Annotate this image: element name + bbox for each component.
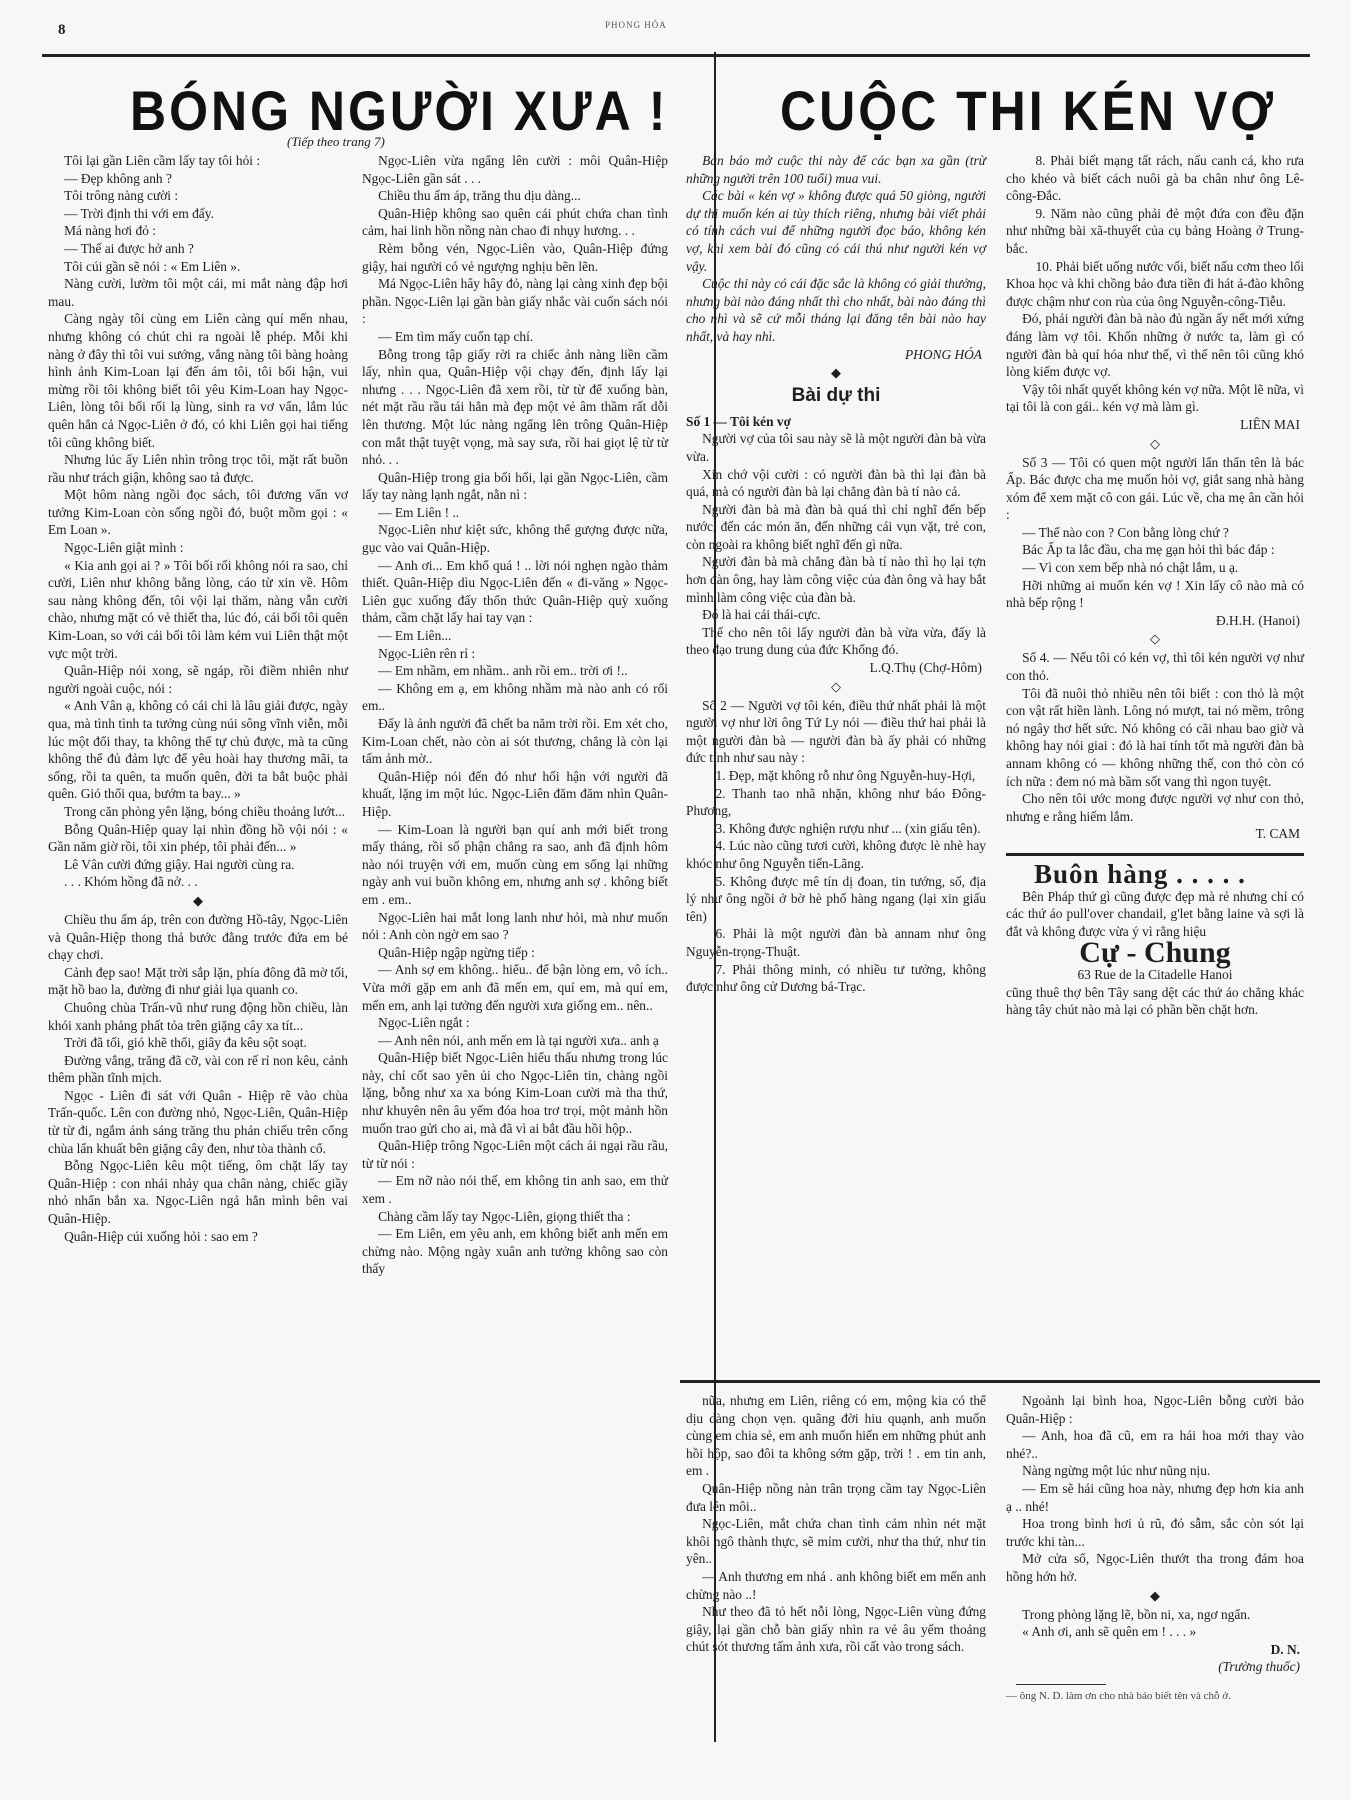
story-paragraph: — Em Liên, em yêu anh, em không biết anh… — [362, 1225, 668, 1278]
story-paragraph: — Anh ơi... Em khổ quá ! .. lời nói nghẹ… — [362, 557, 668, 627]
story-paragraph: Ngọc-Liên ngắt : — [362, 1014, 668, 1032]
entry2-item: 1. Đẹp, mặt không rỗ như ông Nguyễn-huy-… — [686, 767, 986, 785]
story-paragraph: Bỗng Ngọc-Liên kêu một tiếng, ôm chặt lấ… — [48, 1157, 348, 1227]
entry3-paragraph: Số 3 — Tôi có quen một người lẩn thẩn tê… — [1006, 454, 1304, 524]
story-paragraph: Tôi trông nàng cười : — [48, 187, 348, 205]
ad-title: Buôn hàng . . . . . — [1034, 866, 1304, 884]
entry2-item: 6. Phải là một người đàn bà annam như ôn… — [686, 925, 986, 960]
entry4-signature: T. CAM — [1006, 825, 1304, 843]
story-column-1: Tôi lại gần Liên cầm lấy tay tôi hỏi :— … — [48, 152, 348, 1245]
entry4-paragraph: Tôi đã nuôi thỏ nhiều nên tôi biết : con… — [1006, 685, 1304, 791]
entry4-paragraph: Cho nên tôi ước mong được người vợ như c… — [1006, 790, 1304, 825]
story-paragraph: « Kia anh gọi ai ? » Tôi bối rối không n… — [48, 557, 348, 663]
entry3-paragraph: Bác Ấp ta lắc đầu, cha mẹ gạn hỏi thì bá… — [1006, 541, 1304, 559]
story-paragraph: Ngọc-Liên rên rỉ : — [362, 645, 668, 663]
story-paragraph: Chàng cầm lấy tay Ngọc-Liên, giọng thiết… — [362, 1208, 668, 1226]
entry1-paragraph: Người đàn bà mà đàn bà quá thì chỉ nghĩ … — [686, 501, 986, 554]
top-rule — [42, 54, 1310, 57]
story-paragraph: Quân-Hiệp trông Ngọc-Liên một cách ái ng… — [362, 1137, 668, 1172]
story-paragraph: Đường vắng, trăng đã cỡ, vài con rế rỉ n… — [48, 1052, 348, 1087]
entries-section-title: Bài dự thi — [686, 387, 986, 405]
story-paragraph: « Anh Vân ạ, không có cái chi là lâu giả… — [48, 697, 348, 803]
entry1-paragraph: Thế cho nên tôi lấy người đàn bà vừa vừa… — [686, 624, 986, 659]
story-paragraph: Quân-Hiệp cúi xuống hỏi : sao em ? — [48, 1228, 348, 1246]
story-paragraph: Má nàng hơi đỏ : — [48, 222, 348, 240]
entry2-item: 8. Phải biết mạng tất rách, nấu canh cá,… — [1006, 152, 1304, 205]
story-continued: (Tiếp theo trang 7) — [287, 134, 385, 150]
story-paragraph: Ngọc - Liên đi sát với Quân - Hiệp rẽ và… — [48, 1087, 348, 1157]
story-paragraph: — Anh sợ em không.. hiểu.. để bận lòng e… — [362, 961, 668, 1014]
story-paragraph: Ngọc-Liên giật mình : — [48, 539, 348, 557]
page-number: 8 — [58, 22, 66, 39]
story-paragraph: Trong căn phòng yên lặng, bóng chiều tho… — [48, 803, 348, 821]
entry1-paragraph: Đó là hai cái thái-cực. — [686, 606, 986, 624]
ornament-diamond-icon: ◆ — [686, 363, 986, 383]
footnote: — ông N. D. làm ơn cho nhà báo biết tên … — [1006, 1689, 1304, 1703]
story-paragraph: Bỗng Quân-Hiệp quay lại nhìn đồng hồ vội… — [48, 821, 348, 856]
contest-intro-paragraph: Bản báo mở cuộc thi này để các bạn xa gầ… — [686, 152, 986, 187]
entry2-item: 2. Thanh tao nhã nhặn, không như báo Đôn… — [686, 785, 986, 820]
story-paragraph: — Đẹp không anh ? — [48, 170, 348, 188]
entry1-signature: L.Q.Thụ (Chợ-Hôm) — [686, 659, 986, 677]
bottom-section-rule — [680, 1380, 1320, 1383]
story-paragraph: Ngọc-Liên, mắt chứa chan tình cảm nhìn n… — [686, 1515, 986, 1568]
story-paragraph: Hoa trong bình hơi ủ rũ, đỏ sẫm, sắc còn… — [1006, 1515, 1304, 1550]
story-paragraph: nữa, nhưng em Liên, riêng có em, mộng ki… — [686, 1392, 986, 1480]
story-paragraph: . . . Khóm hồng đã nở. . . — [48, 873, 348, 891]
story-paragraph: Càng ngày tôi cùng em Liên càng quí mến … — [48, 310, 348, 451]
entry3-paragraph: — Vì con xem bếp nhà nó chật lắm, u ạ. — [1006, 559, 1304, 577]
story-paragraph: Trời đã tối, gió khẽ thổi, giây đa kêu s… — [48, 1034, 348, 1052]
story-paragraph: Quân-Hiệp không sao quên cái phút chứa c… — [362, 205, 668, 240]
story-paragraph: — Em sẽ hái cũng hoa này, nhưng đẹp hơn … — [1006, 1480, 1304, 1515]
entry2-signature: LIÊN MAI — [1006, 416, 1304, 434]
story-paragraph: Quân-Hiệp ngập ngừng tiếp : — [362, 944, 668, 962]
contest-column-4: 8. Phải biết mạng tất rách, nấu canh cá,… — [1006, 152, 1304, 1019]
entry4-paragraph: Số 4. — Nếu tôi có kén vợ, thì tôi kén n… — [1006, 649, 1304, 684]
ad-divider — [1006, 853, 1304, 856]
story-paragraph: Quân-Hiệp nói đến đó như hối hận với ngư… — [362, 768, 668, 821]
entry1-paragraph: Người vợ của tôi sau này sẽ là một người… — [686, 430, 986, 465]
ornament-hollow-diamond-icon: ◇ — [1006, 434, 1304, 454]
entry3-paragraph: Hỡi những ai muốn kén vợ ! Xin lấy cô nà… — [1006, 577, 1304, 612]
story-paragraph: — Em tìm mấy cuốn tạp chí. — [362, 328, 668, 346]
story-paragraph: Ngọc-Liên như kiệt sức, không thể gượng … — [362, 521, 668, 556]
story-column-2: Ngọc-Liên vừa ngẩng lên cười : môi Quân-… — [362, 152, 668, 1278]
story-paragraph: Lê Vân cười đứng giậy. Hai người cùng ra… — [48, 856, 348, 874]
story-paragraph: Chiều thu ấm áp, trên con đường Hồ-tây, … — [48, 911, 348, 964]
ornament-diamond-icon: ◆ — [1006, 1586, 1304, 1606]
story-paragraph: Tôi lại gần Liên cầm lấy tay tôi hỏi : — [48, 152, 348, 170]
entry2-item: 9. Năm nào cũng phải đẻ một đứa con đều … — [1006, 205, 1304, 258]
entry2-item: 7. Phải thông minh, có nhiều tư tưởng, k… — [686, 961, 986, 996]
ad-tagline: cũng thuê thợ bên Tây sang dệt các thứ á… — [1006, 984, 1304, 1019]
contest-column-3: Bản báo mở cuộc thi này để các bạn xa gầ… — [686, 152, 986, 996]
contest-intro-paragraph: Cuộc thi này có cái đặc sắc là không có … — [686, 275, 986, 345]
ad-body: Bên Pháp thứ gì cũng được đẹp mà rẻ nhưn… — [1006, 888, 1304, 941]
story-paragraph: — Em nỡ nào nói thế, em không tin anh sa… — [362, 1172, 668, 1207]
story-paragraph: — Kim-Loan là người bạn quí anh mới biết… — [362, 821, 668, 909]
story-paragraph: Trong phòng lặng lẽ, bồn ni, xa, ngơ ngẩ… — [1006, 1606, 1304, 1624]
ad-address: 63 Rue de la Citadelle Hanoi — [1006, 966, 1304, 984]
entry2-closing: Đó, phải người đàn bà nào đủ ngần ấy nết… — [1006, 310, 1304, 380]
story-paragraph: Bỗng trong tập giấy rời ra chiếc ảnh nàn… — [362, 346, 668, 469]
story-paragraph: — Em Liên ! .. — [362, 504, 668, 522]
entry1-heading: Số 1 — Tôi kén vợ — [686, 413, 986, 431]
story-paragraph: Ngọc-Liên hai mắt long lanh như hỏi, mà … — [362, 909, 668, 944]
story-paragraph: Mở cửa sổ, Ngọc-Liên thướt tha trong đám… — [1006, 1550, 1304, 1585]
story-paragraph: « Anh ơi, anh sẽ quên em ! . . . » — [1006, 1623, 1304, 1641]
entry3-paragraph: — Thế nào con ? Con bằng lòng chứ ? — [1006, 524, 1304, 542]
story-paragraph: — Anh thương em nhá . anh không biết em … — [686, 1568, 986, 1603]
story-title: BÓNG NGƯỜI XƯA ! — [130, 79, 668, 144]
story-paragraph: Quân-Hiệp trong gia bối hối, lại gần Ngọ… — [362, 469, 668, 504]
story-paragraph: Tôi cúi gần sẽ nói : « Em Liên ». — [48, 258, 348, 276]
story-column-4-bottom: Ngoảnh lại bình hoa, Ngọc-Liên bỗng cười… — [1006, 1392, 1304, 1703]
entry2-closing: Vậy tôi nhất quyết không kén vợ nữa. Một… — [1006, 381, 1304, 416]
ornament-diamond-icon: ◆ — [48, 891, 348, 911]
story-paragraph: Nàng ngừng một lúc như nũng nịu. — [1006, 1462, 1304, 1480]
story-paragraph: — Không em ạ, em không nhầm mà nào anh c… — [362, 680, 668, 715]
story-paragraph: — Thế ai được hở anh ? — [48, 240, 348, 258]
story-paragraph: — Em Liên... — [362, 627, 668, 645]
story-paragraph: — Trời định thi với em đấy. — [48, 205, 348, 223]
story-paragraph: Rèm bỗng vén, Ngọc-Liên vào, Quân-Hiệp đ… — [362, 240, 668, 275]
entry2-item: 4. Lúc nào cũng tươi cười, không được lè… — [686, 837, 986, 872]
running-head: PHONG HÓA — [605, 20, 667, 30]
entry1-paragraph: Người đàn bà mà chẳng đàn bà tí nào thì … — [686, 553, 986, 606]
ornament-hollow-diamond-icon: ◇ — [1006, 629, 1304, 649]
story-paragraph: Má Ngọc-Liên hây hây đỏ, nàng lại càng x… — [362, 275, 668, 328]
entry1-paragraph: Xin chớ vội cười : có người đàn bà thì l… — [686, 466, 986, 501]
contest-title: CUỘC THI KÉN VỢ — [780, 79, 1276, 144]
story-paragraph: Ngọc-Liên vừa ngẩng lên cười : môi Quân-… — [362, 152, 668, 187]
story-paragraph: — Em nhầm, em nhầm.. anh rồi em.. trời ơ… — [362, 662, 668, 680]
story-paragraph: — Anh nên nói, anh mến em là tại người x… — [362, 1032, 668, 1050]
story-signature-note: (Trường thuốc) — [1006, 1658, 1304, 1676]
story-paragraph: Quân-Hiệp nói xong, sẽ ngáp, rồi điềm nh… — [48, 662, 348, 697]
story-paragraph: Ngoảnh lại bình hoa, Ngọc-Liên bỗng cười… — [1006, 1392, 1304, 1427]
story-paragraph: Nhưng lúc ấy Liên nhìn trông trọc tôi, m… — [48, 451, 348, 486]
contest-intro-paragraph: Các bài « kén vợ » không được quá 50 giò… — [686, 187, 986, 275]
story-column-3-bottom: nữa, nhưng em Liên, riêng có em, mộng ki… — [686, 1392, 986, 1656]
story-paragraph: Chuông chùa Trấn-vũ như rung động hồn ch… — [48, 999, 348, 1034]
story-paragraph: Cảnh đẹp sao! Mặt trời sắp lặn, phía đôn… — [48, 964, 348, 999]
footnote-rule — [1016, 1684, 1106, 1685]
entry2-item: 5. Không được mê tín dị đoan, tin tướng,… — [686, 873, 986, 926]
entry2-item: 3. Không được nghiện rượu như ... (xin g… — [686, 820, 986, 838]
story-signature: D. N. — [1006, 1641, 1304, 1659]
story-paragraph: Đấy là ảnh người đã chết ba năm trời rồi… — [362, 715, 668, 768]
story-paragraph: Quân-Hiệp biết Ngọc-Liên hiểu thấu nhưng… — [362, 1049, 668, 1137]
story-paragraph: Như theo đã tỏ hết nỗi lòng, Ngọc-Liên v… — [686, 1603, 986, 1656]
story-paragraph: Nàng cười, lườm tôi một cái, mi mắt nàng… — [48, 275, 348, 310]
ornament-hollow-diamond-icon: ◇ — [686, 677, 986, 697]
story-paragraph: Quân-Hiệp nồng nàn trân trọng cầm tay Ng… — [686, 1480, 986, 1515]
story-paragraph: Chiều thu ấm áp, trăng thu dịu dàng... — [362, 187, 668, 205]
advertisement: Buôn hàng . . . . . Bên Pháp thứ gì cũng… — [1006, 866, 1304, 1019]
entry3-signature: Đ.H.H. (Hanoi) — [1006, 612, 1304, 630]
story-paragraph: — Anh, hoa đã cũ, em ra hái hoa mới thay… — [1006, 1427, 1304, 1462]
ad-brand: Cự - Chung — [1006, 944, 1304, 962]
contest-intro-signature: PHONG HÓA — [686, 346, 986, 364]
story-paragraph: Một hôm nàng ngồi đọc sách, tôi đương vẩ… — [48, 486, 348, 539]
entry2-intro: Số 2 — Người vợ tôi kén, điều thứ nhất p… — [686, 697, 986, 767]
entry2-item: 10. Phải biết uống nước vối, biết nấu cơ… — [1006, 258, 1304, 311]
